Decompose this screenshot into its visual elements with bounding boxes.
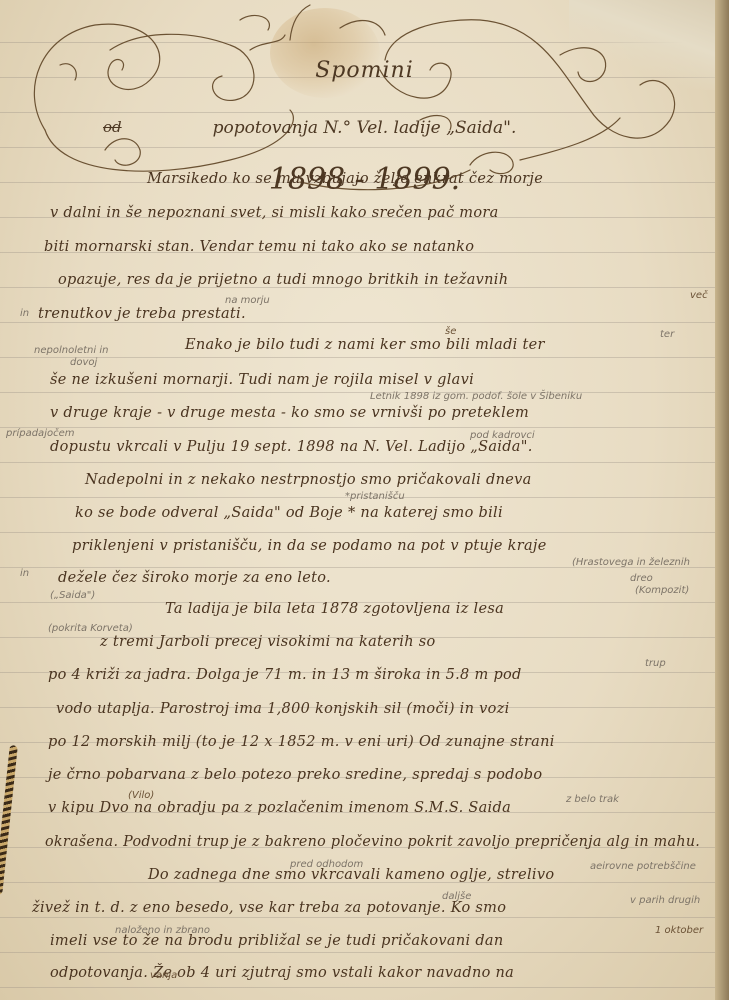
- manuscript-line: trenutkov je treba prestati.: [38, 306, 246, 322]
- manuscript-line: ko se bode odveral „Saida" od Boje * na …: [75, 505, 503, 521]
- binding-cord: [0, 745, 18, 895]
- manuscript-line: vodo utaplja. Parostroj ima 1,800 konjsk…: [56, 701, 510, 717]
- margin-annotation: (Hrastovega in železnih: [572, 557, 690, 568]
- margin-annotation: (pokrita Korveta): [48, 623, 133, 634]
- margin-annotation: (Kompozit): [635, 585, 689, 596]
- manuscript-line: dopustu vkrcali v Pulju 19 sept. 1898 na…: [50, 439, 533, 455]
- manuscript-line: po 12 morskih milj (to je 12 x 1852 m. v…: [48, 734, 555, 750]
- margin-annotation: pred odhodom: [290, 859, 363, 870]
- margin-annotation: na morju: [225, 295, 270, 306]
- margin-annotation: več: [690, 290, 708, 301]
- margin-annotation: in: [20, 308, 29, 319]
- margin-annotation: *pristanišču: [345, 491, 405, 502]
- manuscript-line: Ta ladija je bila leta 1878 zgotovljena …: [165, 601, 504, 617]
- manuscript-line: biti mornarski stan. Vendar temu ni tako…: [44, 239, 474, 255]
- manuscript-line: Enako je bilo tudi z nami ker smo bili m…: [185, 337, 545, 353]
- margin-annotation: in: [20, 568, 29, 579]
- margin-annotation: 1 oktober: [655, 925, 703, 936]
- margin-annotation: v parih drugih: [630, 895, 700, 906]
- manuscript-line: v druge kraje - v druge mesta - ko smo s…: [50, 405, 529, 421]
- title-subheading: od popotovanja N.° Vel. ladije „Saida".: [0, 118, 729, 138]
- manuscript-line: še ne izkušeni mornarji. Tudi nam je roj…: [50, 372, 474, 388]
- struck-word: od: [103, 118, 122, 136]
- margin-annotation: še: [445, 326, 456, 337]
- manuscript-line: opazuje, res da je prijetno a tudi mnogo…: [58, 272, 508, 288]
- margin-annotation: naloženo in zbrano: [115, 925, 210, 936]
- manuscript-line: Nadepolni in z nekako nestrpnostjo smo p…: [85, 472, 532, 488]
- margin-annotation: vanja: [150, 970, 177, 981]
- manuscript-line: živež in t. d. z eno besedo, vse kar tre…: [32, 900, 506, 916]
- margin-annotation: aeirovne potrebščine: [590, 861, 696, 872]
- margin-annotation: dreo: [630, 573, 653, 584]
- manuscript-line: z tremi Jarboli precej visokimi na kater…: [100, 634, 436, 650]
- margin-annotation: (Vilo): [128, 790, 154, 801]
- margin-annotation: nepolnoletni in: [34, 345, 108, 356]
- title-subheading-text: popotovanja N.° Vel. ladije „Saida".: [213, 118, 517, 138]
- manuscript-line: po 4 križi za jadra. Dolga je 71 m. in 1…: [48, 667, 522, 683]
- manuscript-line: Marsikedo ko se mu vzbujajo želje enkrat…: [147, 171, 543, 187]
- manuscript-line: v dalni in še nepoznani svet, si misli k…: [50, 205, 499, 221]
- manuscript-line: dežele čez široko morje za eno leto.: [58, 570, 331, 586]
- margin-annotation: z belo trak: [566, 794, 619, 805]
- margin-annotation: („Saida"): [50, 590, 95, 601]
- margin-annotation: daljše: [442, 891, 471, 902]
- margin-annotation: trup: [645, 658, 666, 669]
- manuscript-line: v kipu Dvo na obradju pa z pozlačenim im…: [48, 800, 511, 816]
- margin-annotation: ter: [660, 329, 674, 340]
- manuscript-line: okrašena. Podvodni trup je z bakreno plo…: [45, 834, 700, 850]
- title-heading: Spomini: [0, 58, 729, 83]
- manuscript-line: je črno pobarvana z belo potezo preko sr…: [48, 767, 542, 783]
- manuscript-line: odpotovanja. Že ob 4 uri zjutraj smo vst…: [50, 965, 514, 981]
- margin-annotation: Letnik 1898 iz gom. podof. šole v Šibeni…: [370, 391, 582, 402]
- margin-annotation: dovoj: [70, 357, 97, 368]
- margin-annotation: pod kadrovci: [470, 430, 535, 441]
- manuscript-line: priklenjeni v pristanišču, in da se poda…: [72, 538, 547, 554]
- manuscript-page: Spomini od popotovanja N.° Vel. ladije „…: [0, 0, 729, 1000]
- margin-annotation: prípadajočem: [6, 428, 74, 439]
